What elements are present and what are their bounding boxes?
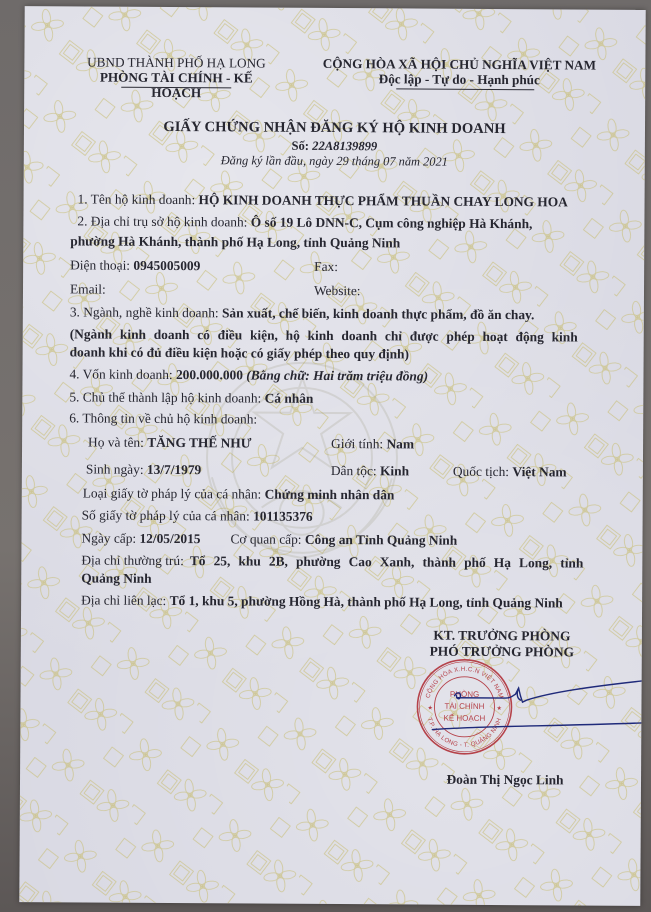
certificate-number-value: 22A8139899 xyxy=(312,139,377,153)
fax-label: Fax: xyxy=(314,259,338,274)
signer-name: Đoàn Thị Ngọc Linh xyxy=(420,772,590,789)
permanent-address-label: Địa chỉ thường trú: xyxy=(81,553,184,567)
word: Hạ xyxy=(494,556,511,570)
issuer-label: Cơ quan cấp: xyxy=(230,531,301,546)
email-label: Email: xyxy=(70,281,106,296)
permanent-address-row: Địa chỉ thường trú: Tổ25,khu2B,phườngCao… xyxy=(81,553,583,569)
word: điều xyxy=(218,328,243,342)
word: kinh xyxy=(120,328,146,342)
word: (Ngành xyxy=(70,327,113,341)
website-row: Website: xyxy=(314,284,361,298)
industry-value: Sản xuất, chế biến, kinh doanh thực phẩm… xyxy=(222,305,534,322)
word: phép xyxy=(446,330,474,344)
business-name-row: 1. Tên hộ kinh doanh: HỘ KINH DOANH THỰC… xyxy=(78,192,568,208)
word: Long, xyxy=(519,556,552,570)
gender-label: Giới tính: xyxy=(331,436,383,451)
business-name-value: HỘ KINH DOANH THỰC PHẨM THUẦN CHAY LONG … xyxy=(199,192,568,209)
issuer-value: Công an Tỉnh Quảng Ninh xyxy=(305,532,457,548)
address-row: 2. Địa chỉ trụ sở hộ kinh doanh: Ô số 19… xyxy=(77,214,532,230)
word: được xyxy=(410,329,439,343)
industry-note-line2: doanh khi có đủ điều kiện hoặc có giấy p… xyxy=(70,345,409,360)
word: kiện, xyxy=(250,328,278,342)
id-number-row: Số giấy tờ pháp lý của cá nhân: 10113537… xyxy=(82,508,313,523)
industry-row: 3. Ngành, nghề kinh doanh: Sản xuất, chế… xyxy=(70,305,535,321)
nationality-row: Quốc tịch: Việt Nam xyxy=(453,465,567,479)
address-value-line1: Ô số 19 Lô DNN-C, Cụm công nghiệp Hà Khá… xyxy=(251,214,533,231)
gender-value: Nam xyxy=(386,436,414,451)
email-row: Email: xyxy=(70,282,106,296)
industry-label: 3. Ngành, nghề kinh doanh: xyxy=(70,304,219,320)
phone-label: Điện thoại: xyxy=(70,257,130,272)
ethnicity-row: Dân tộc: Kinh xyxy=(331,464,409,478)
word: có xyxy=(197,328,210,341)
registration-date: Đăng ký lần đầu, ngày 29 tháng 07 năm 20… xyxy=(24,152,645,171)
word: thành xyxy=(422,556,456,570)
word: chỉ xyxy=(385,329,402,343)
issue-date-label: Ngày cấp: xyxy=(81,530,136,545)
nationality-value: Việt Nam xyxy=(512,464,566,479)
ethnicity-value: Kinh xyxy=(380,463,409,478)
business-name-label: 1. Tên hộ kinh doanh: xyxy=(78,191,196,207)
owner-name-row: Họ và tên: TĂNG THẾ NHƯ xyxy=(88,436,251,450)
permanent-address-value: Tổ25,khu2B,phườngCaoXanh,thànhphốHạLong,… xyxy=(190,554,584,570)
fax-row: Fax: xyxy=(314,260,338,274)
contact-address-value: Tổ 1, khu 5, phường Hồng Hà, thành phố H… xyxy=(170,593,563,610)
issuing-authority: UBND THÀNH PHỐ HẠ LONG PHÒNG TÀI CHÍNH -… xyxy=(86,54,266,100)
word: khu xyxy=(238,554,260,568)
word: kinh xyxy=(552,330,578,344)
dob-value: 13/7/1979 xyxy=(147,462,201,477)
issuer-row: Cơ quan cấp: Công an Tỉnh Quảng Ninh xyxy=(230,532,457,547)
founder-type-value: Cá nhân xyxy=(265,391,314,406)
phone-value: 0945005009 xyxy=(133,258,200,273)
industry-note-line1: (Ngànhkinhdoanhcóđiềukiện,hộkinhdoanhchỉ… xyxy=(70,327,578,344)
word: tỉnh xyxy=(560,556,583,570)
word: doanh xyxy=(341,329,377,343)
website-label: Website: xyxy=(314,283,361,298)
certificate-number-label: Số: xyxy=(291,139,309,153)
issue-date-value: 12/05/2015 xyxy=(139,531,200,546)
id-type-row: Loại giấy tờ pháp lý của cá nhân: Chứng … xyxy=(83,486,395,501)
document-title: GIẤY CHỨNG NHẬN ĐĂNG KÝ HỘ KINH DOANH xyxy=(24,118,645,139)
gender-row: Giới tính: Nam xyxy=(331,437,414,451)
authority-line1: UBND THÀNH PHỐ HẠ LONG xyxy=(86,54,266,70)
id-type-label: Loại giấy tờ pháp lý của cá nhân: xyxy=(83,485,262,501)
owner-name-label: Họ và tên: xyxy=(88,435,144,450)
word: doanh xyxy=(154,328,190,342)
industry-note-words: (Ngànhkinhdoanhcóđiềukiện,hộkinhdoanhchỉ… xyxy=(70,327,578,344)
capital-label: 4. Vốn kinh doanh: xyxy=(69,366,172,382)
id-number-value: 101135376 xyxy=(253,509,313,524)
capital-value: 200.000.000 xyxy=(176,367,243,382)
permanent-address-line2: Quảng Ninh xyxy=(81,571,151,585)
word: Xanh, xyxy=(380,555,415,569)
word: 2B, xyxy=(269,555,288,569)
national-motto: CỘNG HÒA XÃ HỘI CHỦ NGHĨA VIỆT NAM Độc l… xyxy=(306,56,612,88)
certificate-paper: UBND THÀNH PHỐ HẠ LONG PHÒNG TÀI CHÍNH -… xyxy=(19,6,645,906)
founder-type-label: 5. Chủ thể thành lập hộ kinh doanh: xyxy=(69,389,261,405)
word: phố xyxy=(464,556,486,570)
address-label: 2. Địa chỉ trụ sở hộ kinh doanh: xyxy=(77,213,247,229)
contact-address-row: Địa chỉ liên lạc: Tổ 1, khu 5, phường Hồ… xyxy=(81,593,563,609)
owner-name-value: TĂNG THẾ NHƯ xyxy=(147,435,251,451)
nationality-label: Quốc tịch: xyxy=(453,464,509,479)
capital-row: 4. Vốn kinh doanh: 200.000.000 (Bằng chữ… xyxy=(69,367,428,383)
phone-row: Điện thoại: 0945005009 xyxy=(70,258,200,272)
dob-label: Sinh ngày: xyxy=(86,461,144,476)
dob-row: Sinh ngày: 13/7/1979 xyxy=(86,462,201,476)
word: động xyxy=(516,330,544,344)
handwritten-signature xyxy=(430,674,645,735)
owner-section-heading: 6. Thông tin về chủ hộ kinh doanh: xyxy=(69,411,257,426)
founder-type-row: 5. Chủ thể thành lập hộ kinh doanh: Cá n… xyxy=(69,390,313,405)
word: Cao xyxy=(349,555,372,569)
word: 25, xyxy=(214,554,231,568)
issue-date-row: Ngày cấp: 12/05/2015 xyxy=(81,531,200,545)
capital-in-words: (Bằng chữ: Hai trăm triệu đồng) xyxy=(246,367,428,383)
word: Tổ xyxy=(190,554,206,568)
authority-line2: PHÒNG TÀI CHÍNH - KẾ HOẠCH xyxy=(86,69,266,100)
id-number-label: Số giấy tờ pháp lý của cá nhân: xyxy=(82,507,250,523)
word: hoạt xyxy=(482,330,507,344)
motto-underline xyxy=(396,88,534,90)
word: kinh xyxy=(308,329,334,343)
motto: Độc lập - Tự do - Hạnh phúc xyxy=(306,71,612,88)
contact-address-label: Địa chỉ liên lạc: xyxy=(81,592,166,608)
country-name: CỘNG HÒA XÃ HỘI CHỦ NGHĨA VIỆT NAM xyxy=(306,56,612,73)
word: phường xyxy=(296,555,341,569)
id-type-value: Chứng minh nhân dân xyxy=(265,487,395,503)
signatory-title-line1: KT. TRƯỞNG PHÒNG xyxy=(407,627,597,644)
ethnicity-label: Dân tộc: xyxy=(331,463,377,478)
address-value-line2: phường Hà Khánh, thành phố Hạ Long, tỉnh… xyxy=(70,234,400,249)
word: hộ xyxy=(286,329,300,342)
